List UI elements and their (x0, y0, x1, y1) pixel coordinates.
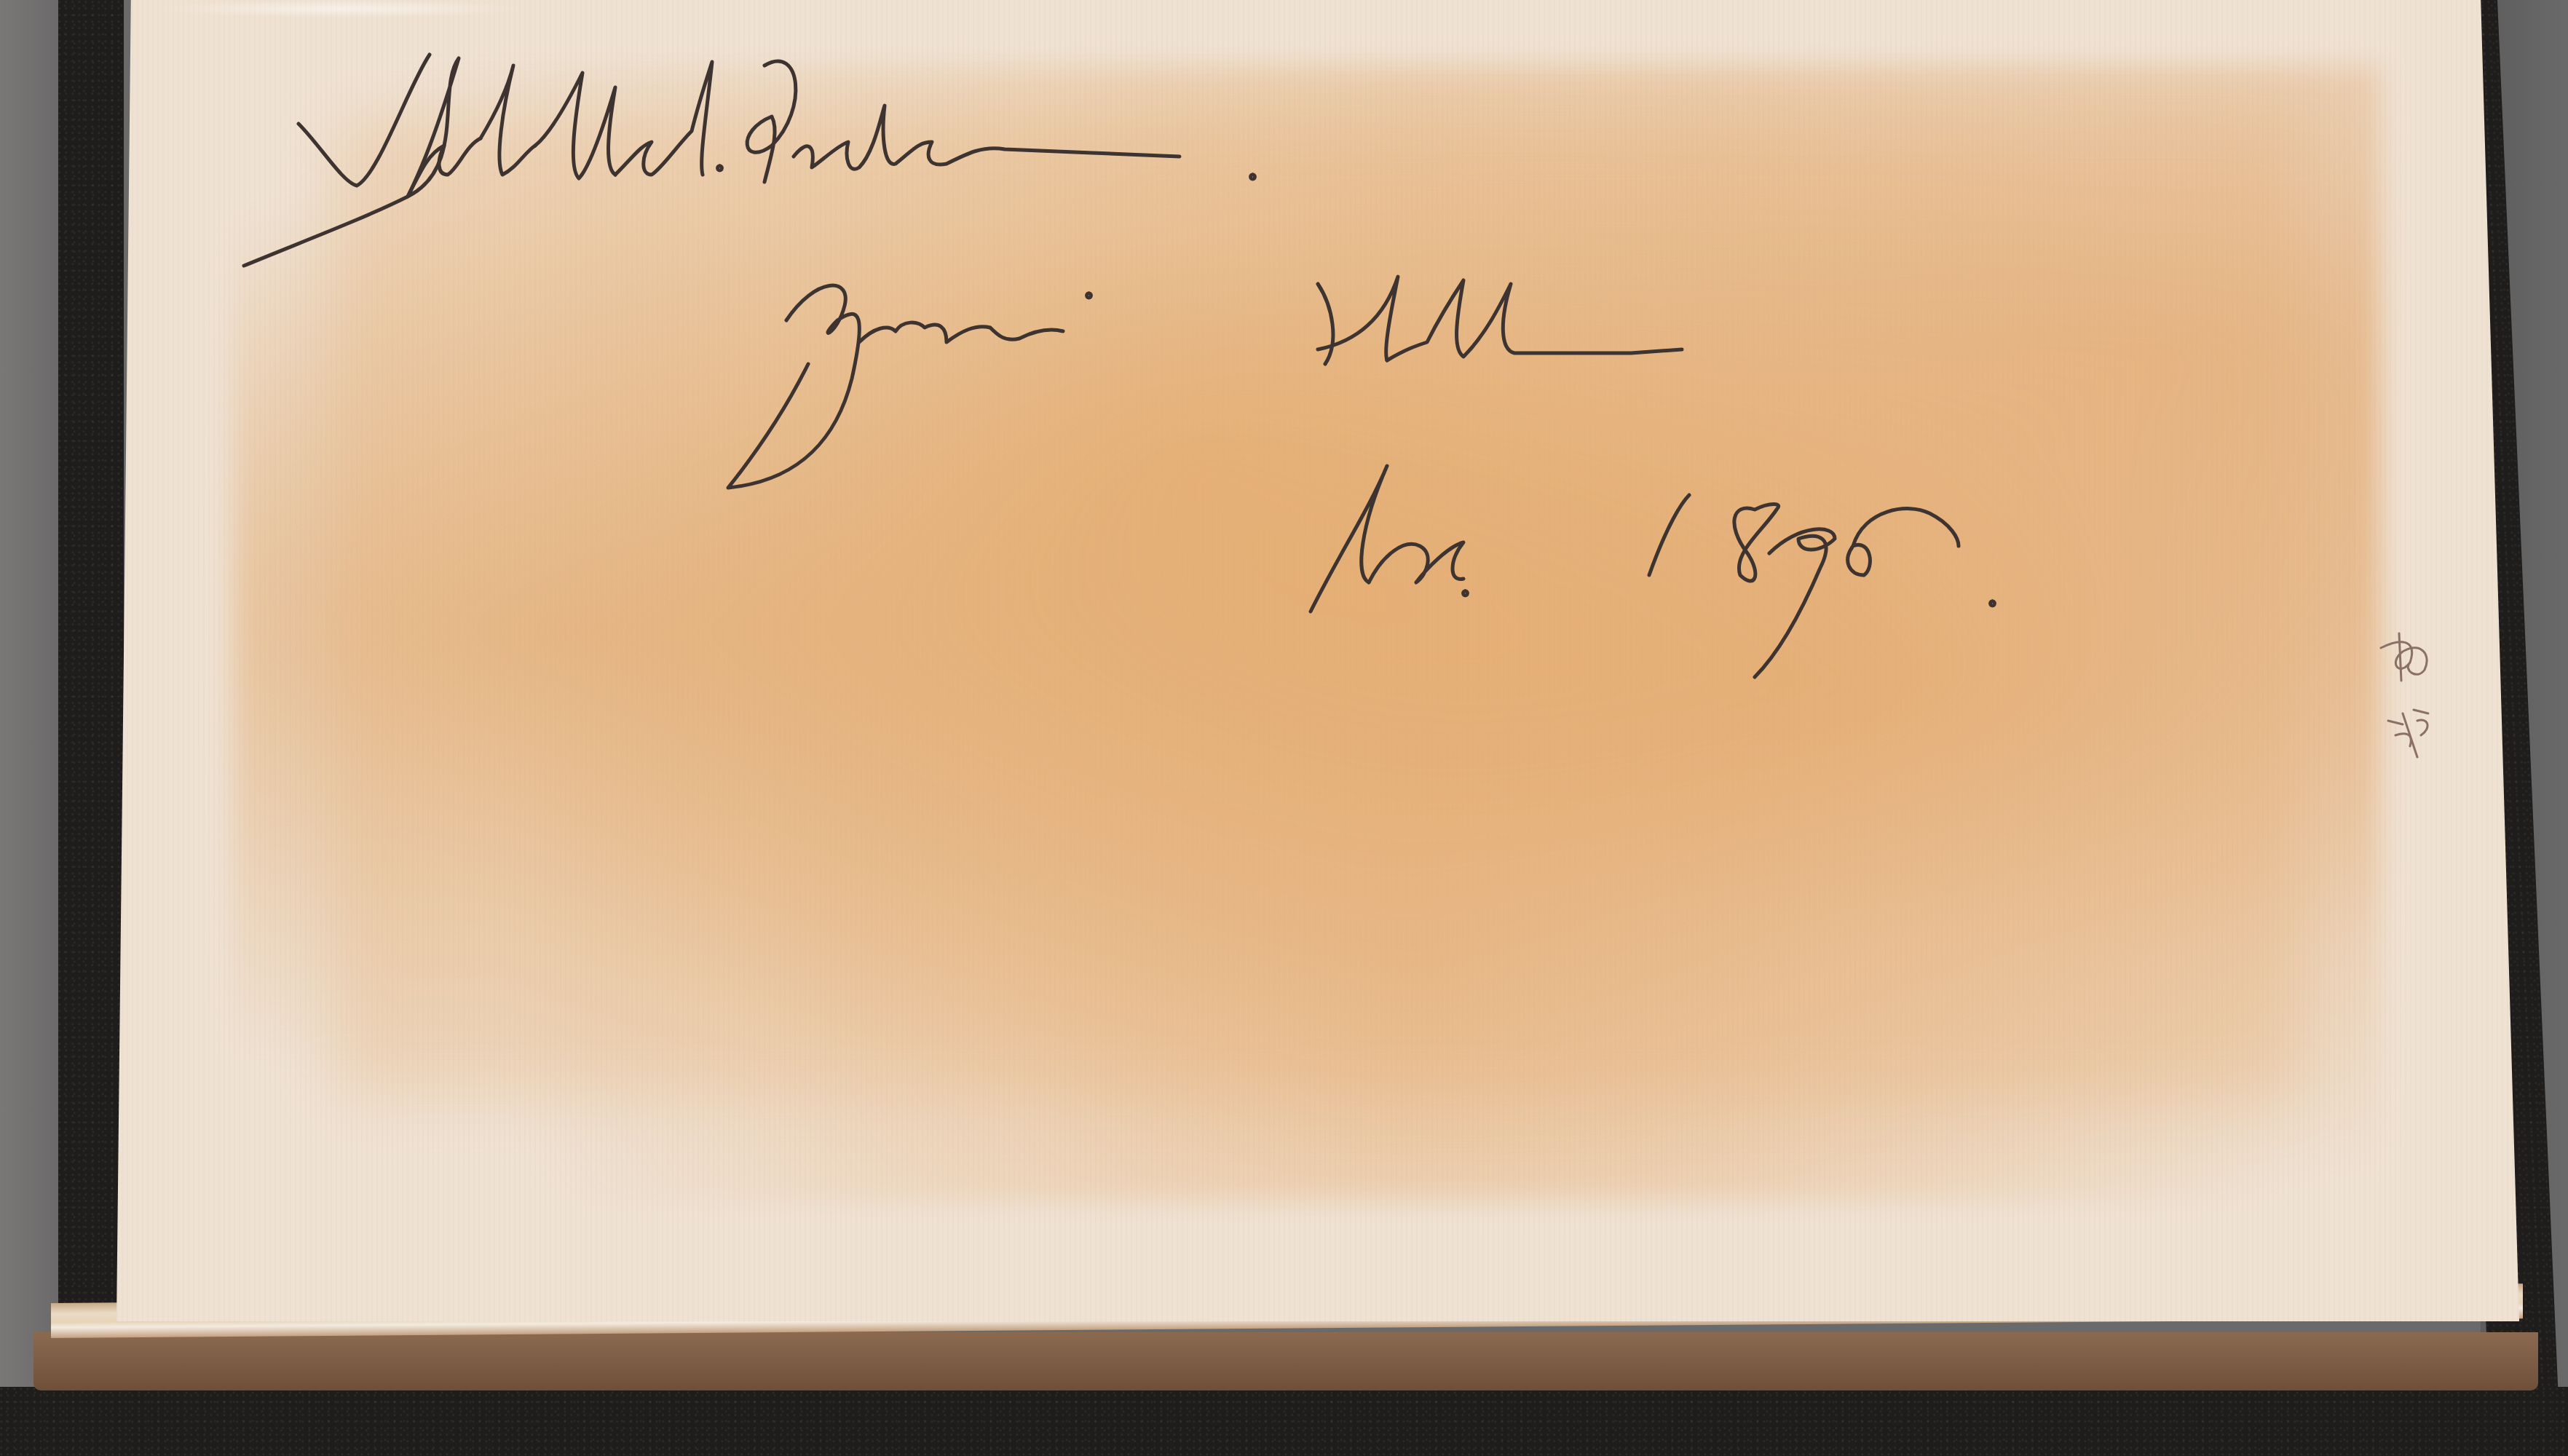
signature-line (244, 55, 1255, 266)
date-line (1311, 466, 1995, 677)
handwriting (0, 0, 2568, 1456)
